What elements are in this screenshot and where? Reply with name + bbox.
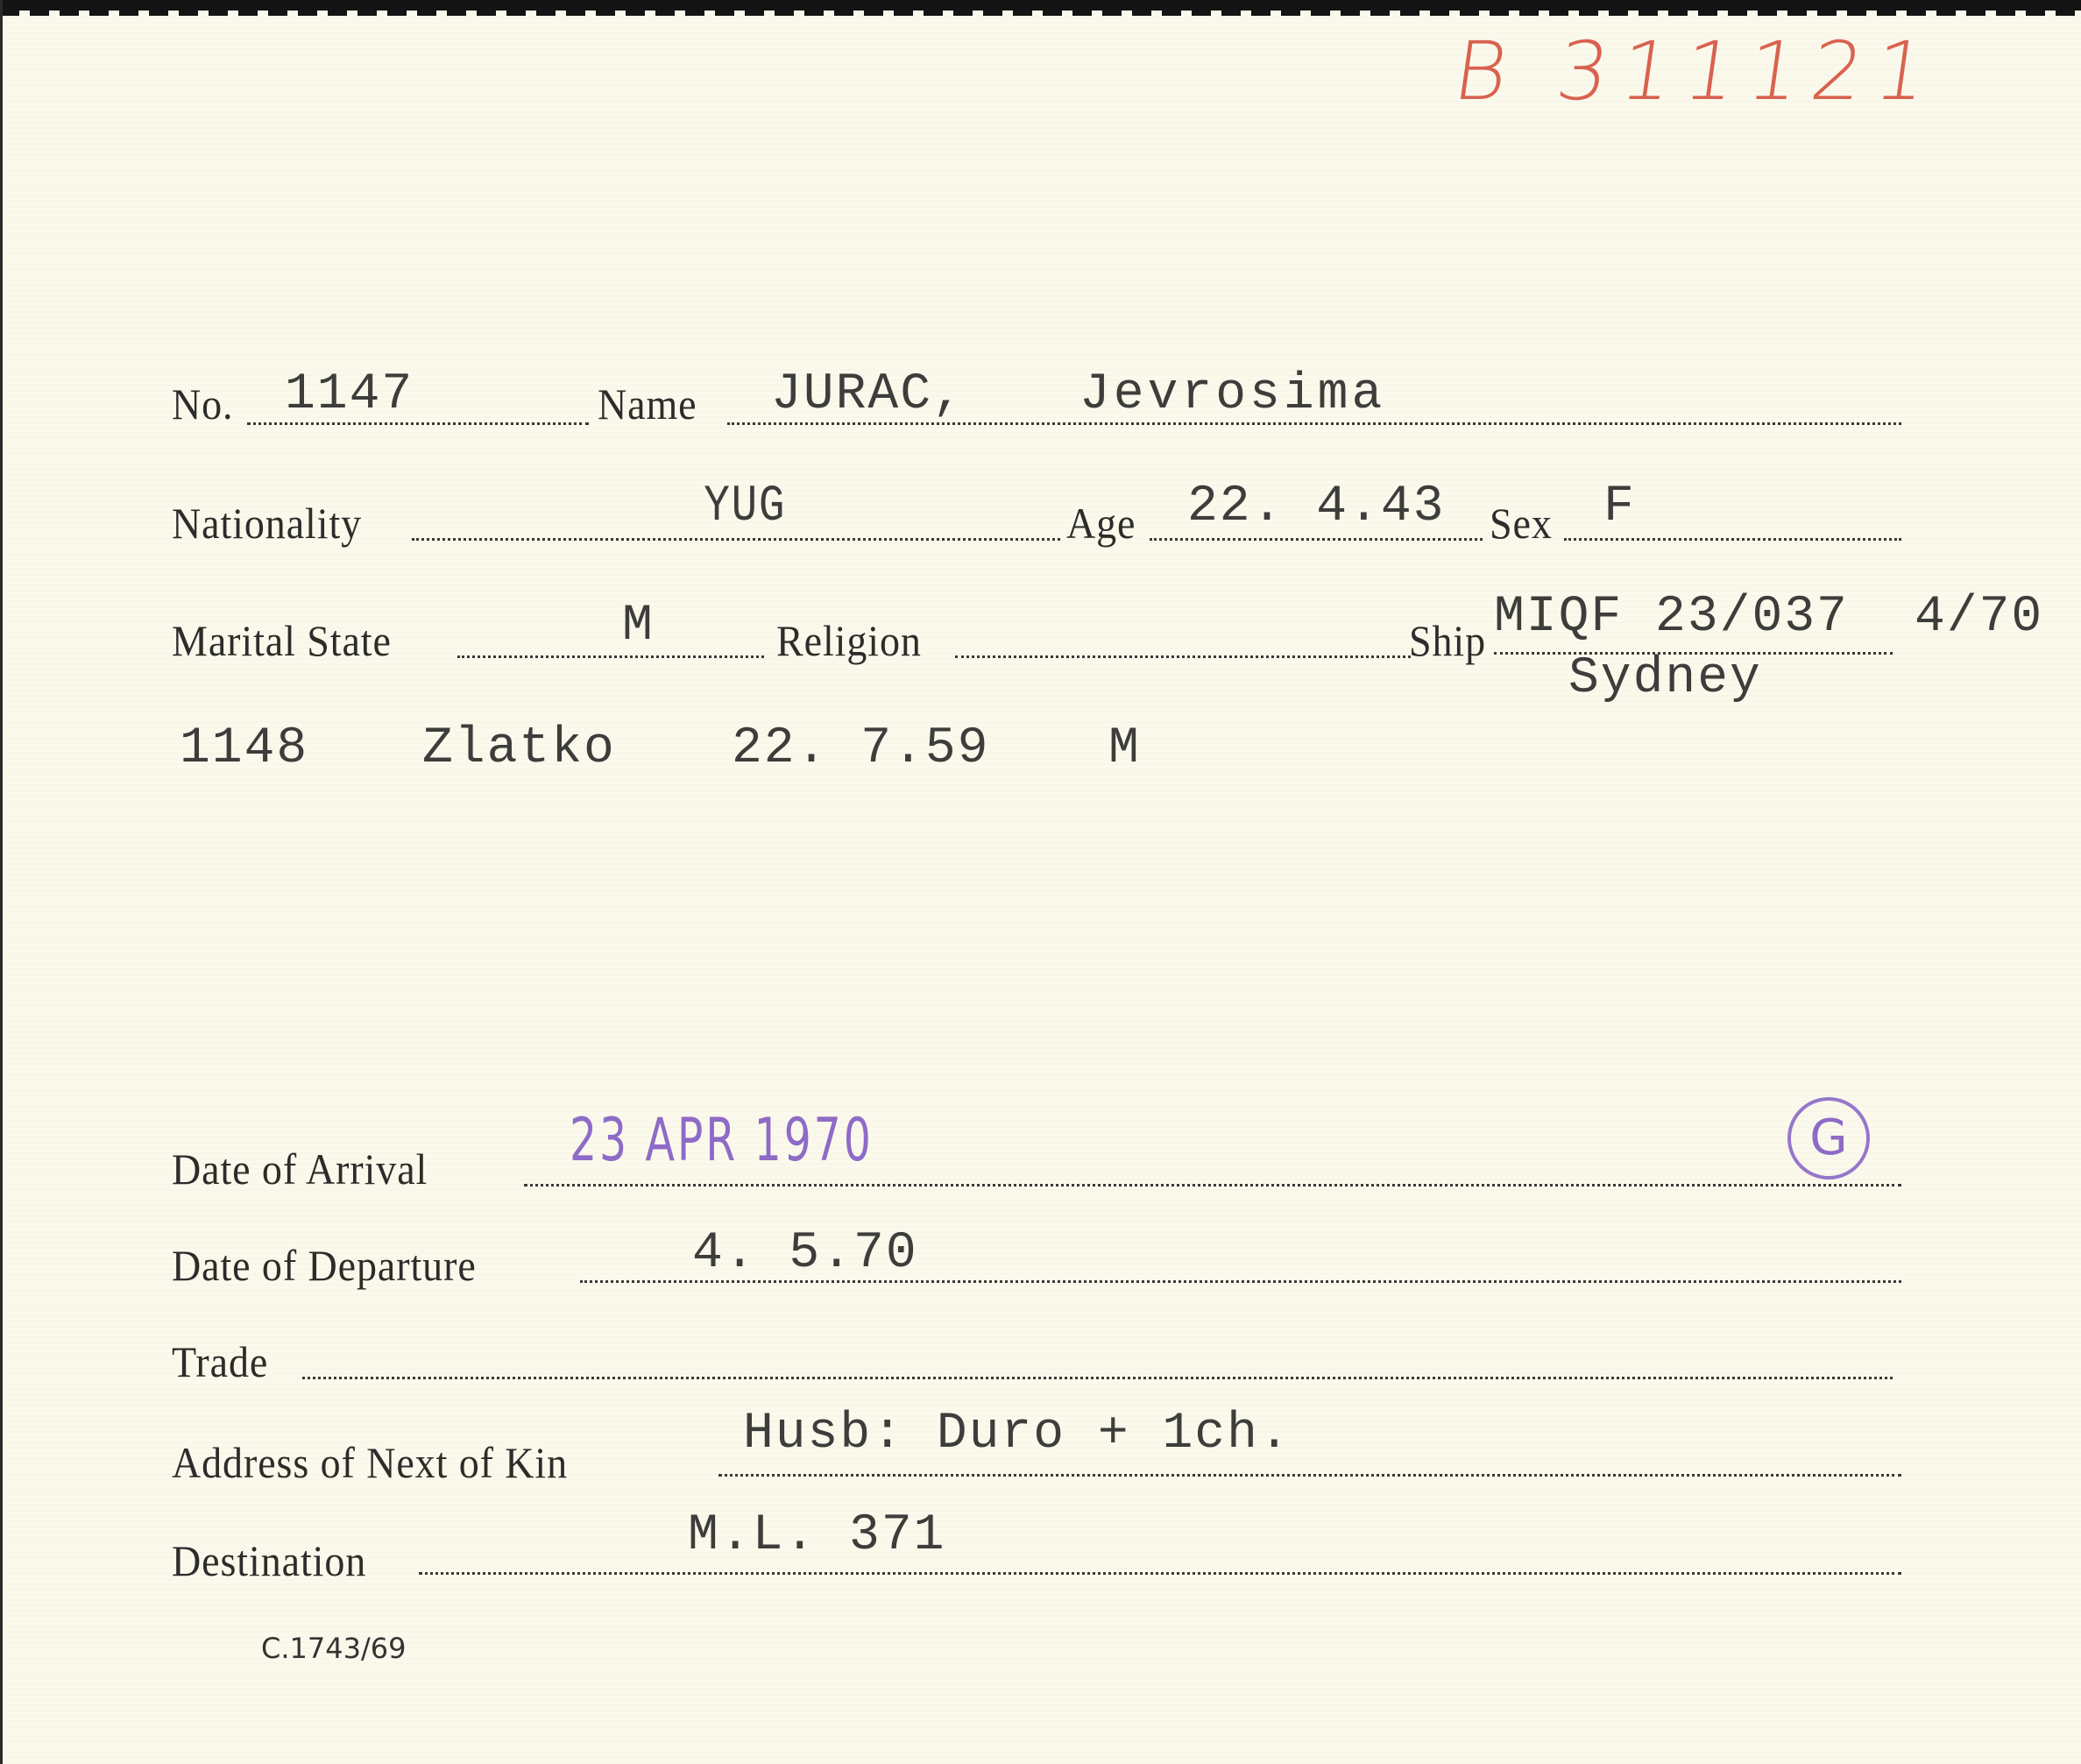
record-card: B 311121 No. 1147 Name JURAC, Jevrosima … [0, 0, 2081, 1764]
value-given-name: Jevrosima [1079, 366, 1385, 423]
card-left-edge [0, 0, 3, 1764]
value-destination: M.L. 371 [688, 1507, 945, 1564]
value-date-of-departure: 4. 5.70 [692, 1225, 918, 1282]
card-top-edge [0, 0, 2081, 11]
label-ship: Ship [1409, 615, 1486, 1764]
dependant-name: Zlatko [422, 720, 616, 777]
field-line-trade [302, 1377, 1893, 1379]
value-sex: F [1603, 478, 1636, 535]
g-circle-stamp: G [1787, 1097, 1870, 1180]
field-line-sex [1564, 538, 1901, 541]
field-line-address-next-of-kin [718, 1474, 1901, 1477]
field-line-nationality [412, 538, 1060, 541]
value-address-next-of-kin: Husb: Duro + 1ch. [743, 1406, 1292, 1463]
field-line-religion [955, 655, 1411, 658]
arrival-date-stamp: 23 APR 1970 [570, 1106, 874, 1175]
field-line-destination [419, 1572, 1901, 1575]
value-surname: JURAC, [771, 366, 965, 423]
value-nationality: YUG [704, 478, 786, 535]
form-code: C.1743/69 [261, 1632, 406, 1665]
dependant-no: 1148 [180, 720, 308, 777]
label-name: Name [598, 379, 697, 1764]
value-age: 22. 4.43 [1187, 478, 1445, 535]
value-marital-state: M [622, 598, 655, 655]
field-line-date-of-arrival [524, 1184, 1901, 1187]
dependant-sex: M [1108, 720, 1141, 777]
value-ship: MIQF 23/037 [1494, 589, 1849, 646]
dependant-dob: 22. 7.59 [732, 720, 989, 777]
field-line-age [1150, 538, 1483, 541]
value-ship-port: Sydney [1568, 650, 1762, 707]
value-no: 1147 [285, 366, 414, 423]
value-ship-date: 4/70 [1915, 589, 2043, 646]
reference-number: B 311121 [1447, 25, 1945, 118]
label-religion: Religion [776, 615, 922, 1764]
field-line-marital-state [457, 655, 764, 658]
